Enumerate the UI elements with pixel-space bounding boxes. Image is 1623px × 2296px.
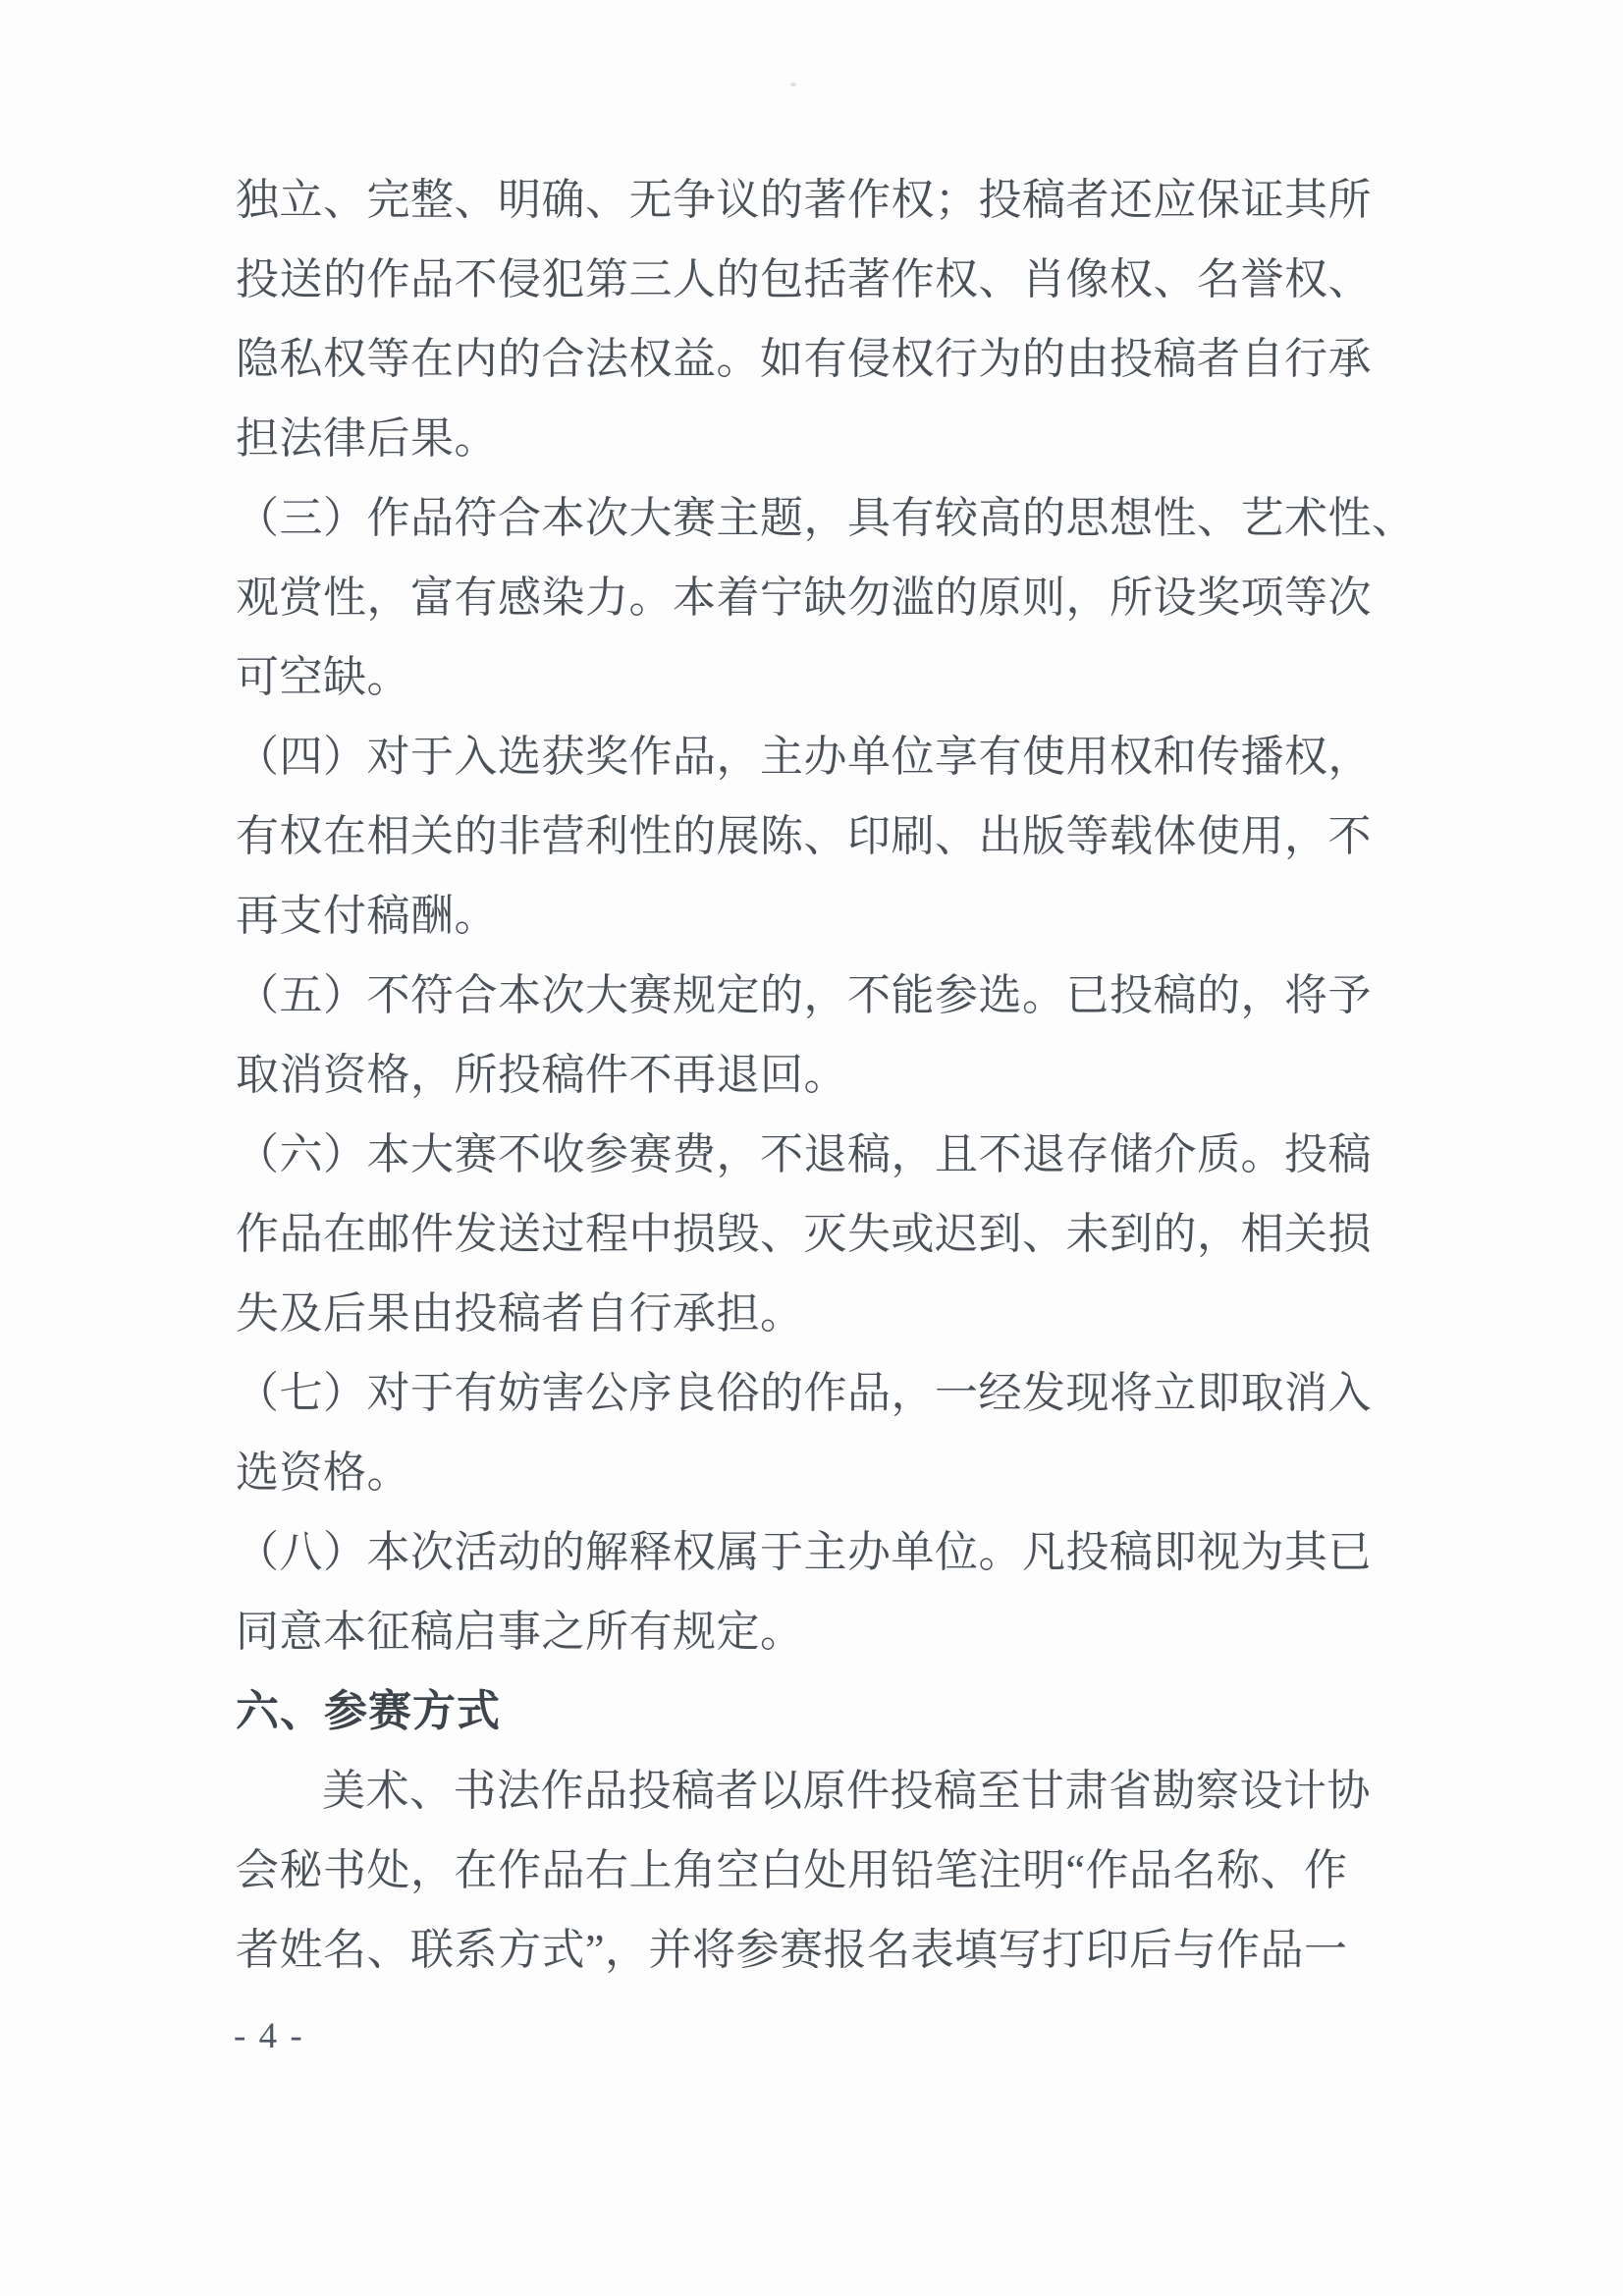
text-line: 担法律后果。 [236,399,1360,478]
text-line: （五）不符合本次大赛规定的，不能参选。已投稿的，将予 [236,956,1360,1035]
text-line: 再支付稿酬。 [236,876,1360,956]
text-line: 会秘书处，在作品右上角空白处用铅笔注明“作品名称、作 [236,1831,1360,1910]
text-line: （四）对于入选获奖作品，主办单位享有使用权和传播权， [236,717,1360,796]
page-number: - 4 - [234,2015,304,2058]
section-heading-entry-method: 六、参赛方式 [236,1671,1360,1751]
text-line: 美术、书法作品投稿者以原件投稿至甘肃省勘察设计协 [236,1751,1360,1831]
text-line: 隐私权等在内的合法权益。如有侵权行为的由投稿者自行承 [236,319,1360,399]
text-line: 独立、完整、明确、无争议的著作权；投稿者还应保证其所 [236,160,1360,240]
text-line: （八）本次活动的解释权属于主办单位。凡投稿即视为其已 [236,1512,1360,1592]
text-line: （六）本大赛不收参赛费，不退稿，且不退存储介质。投稿 [236,1115,1360,1194]
text-line: 者姓名、联系方式”，并将参赛报名表填写打印后与作品一 [236,1910,1360,1990]
text-block: 独立、完整、明确、无争议的著作权；投稿者还应保证其所 投送的作品不侵犯第三人的包… [236,160,1360,1990]
text-line: 观赏性，富有感染力。本着宁缺勿滥的原则，所设奖项等次 [236,558,1360,637]
text-line: （三）作品符合本次大赛主题，具有较高的思想性、艺术性、 [236,478,1360,558]
text-line: 失及后果由投稿者自行承担。 [236,1274,1360,1353]
text-line: 有权在相关的非营利性的展陈、印刷、出版等载体使用，不 [236,796,1360,876]
text-line: 同意本征稿启事之所有规定。 [236,1592,1360,1671]
text-line: （七）对于有妨害公序良俗的作品，一经发现将立即取消入 [236,1353,1360,1433]
text-line: 投送的作品不侵犯第三人的包括著作权、肖像权、名誉权、 [236,240,1360,319]
scan-speck [790,82,796,86]
text-line: 选资格。 [236,1433,1360,1512]
text-line: 取消资格，所投稿件不再退回。 [236,1035,1360,1115]
text-line: 可空缺。 [236,637,1360,717]
text-line: 作品在邮件发送过程中损毁、灭失或迟到、未到的，相关损 [236,1194,1360,1274]
document-page: 独立、完整、明确、无争议的著作权；投稿者还应保证其所 投送的作品不侵犯第三人的包… [0,0,1623,2296]
